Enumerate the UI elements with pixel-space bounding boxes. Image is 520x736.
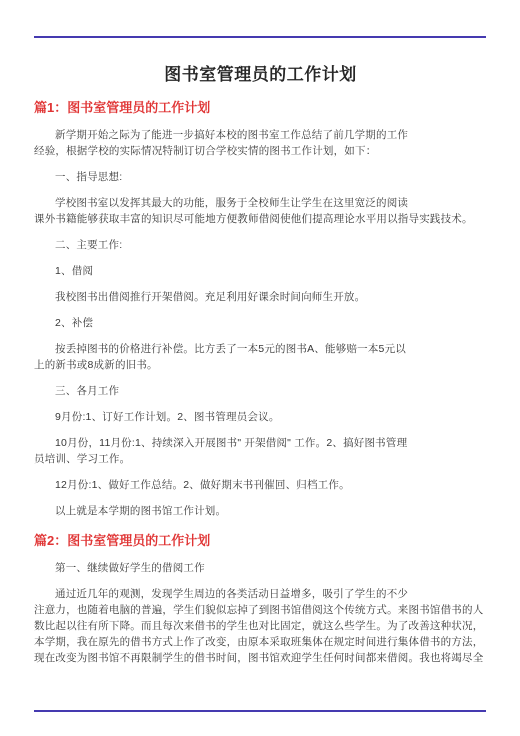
subheading-monthly-work: 三、各月工作 <box>34 383 487 399</box>
paragraph-december: 12月份:1、做好工作总结。2、做好期末书刊催回、归档工作。 <box>34 477 487 493</box>
paragraph: 通过近几年的观测，发现学生周边的各类活动日益增多，吸引了学生的不少 注意力，也随… <box>34 586 487 666</box>
document-title: 图书室管理员的工作计划 <box>34 64 487 86</box>
subheading-compensation: 2、补偿 <box>34 315 487 331</box>
subheading-guiding-ideology: 一、指导思想: <box>34 169 487 185</box>
top-divider-rule <box>34 36 486 38</box>
paragraph-october-november: 10月份，11月份:1、持续深入开展图书" 开架借阅" 工作。2、搞好图书管理 … <box>34 435 487 467</box>
subheading-borrowing: 1、借阅 <box>34 263 487 279</box>
section-1: 篇1：图书室管理员的工作计划 新学期开始之际为了能进一步搞好本校的图书室工作总结… <box>34 99 487 519</box>
paragraph-closing: 以上就是本学期的图书馆工作计划。 <box>34 503 487 519</box>
paragraph: 按丢掉图书的价格进行补偿。比方丢了一本5元的图书A、能够赔一本5元以 上的新书或… <box>34 341 487 373</box>
section-1-heading: 篇1：图书室管理员的工作计划 <box>34 99 487 117</box>
paragraph-september: 9月份:1、订好工作计划。2、图书管理员会议。 <box>34 409 487 425</box>
section-2: 篇2：图书室管理员的工作计划 第一、继续做好学生的借阅工作 通过近几年的观测，发… <box>34 532 487 666</box>
subheading-continue-borrowing: 第一、继续做好学生的借阅工作 <box>34 560 487 576</box>
paragraph: 我校图书出借阅推行开架借阅。充足利用好课余时间向师生开放。 <box>34 289 487 305</box>
section-2-heading: 篇2：图书室管理员的工作计划 <box>34 532 487 550</box>
subheading-main-work: 二、主要工作: <box>34 237 487 253</box>
document-page: 图书室管理员的工作计划 篇1：图书室管理员的工作计划 新学期开始之际为了能进一步… <box>0 0 520 736</box>
bottom-divider-rule <box>34 710 486 712</box>
paragraph: 学校图书室以发挥其最大的功能，服务于全校师生让学生在这里宽泛的阅读 课外书籍能够… <box>34 195 487 227</box>
paragraph: 新学期开始之际为了能进一步搞好本校的图书室工作总结了前几学期的工作 经验，根据学… <box>34 127 487 159</box>
document-content: 图书室管理员的工作计划 篇1：图书室管理员的工作计划 新学期开始之际为了能进一步… <box>34 64 487 676</box>
